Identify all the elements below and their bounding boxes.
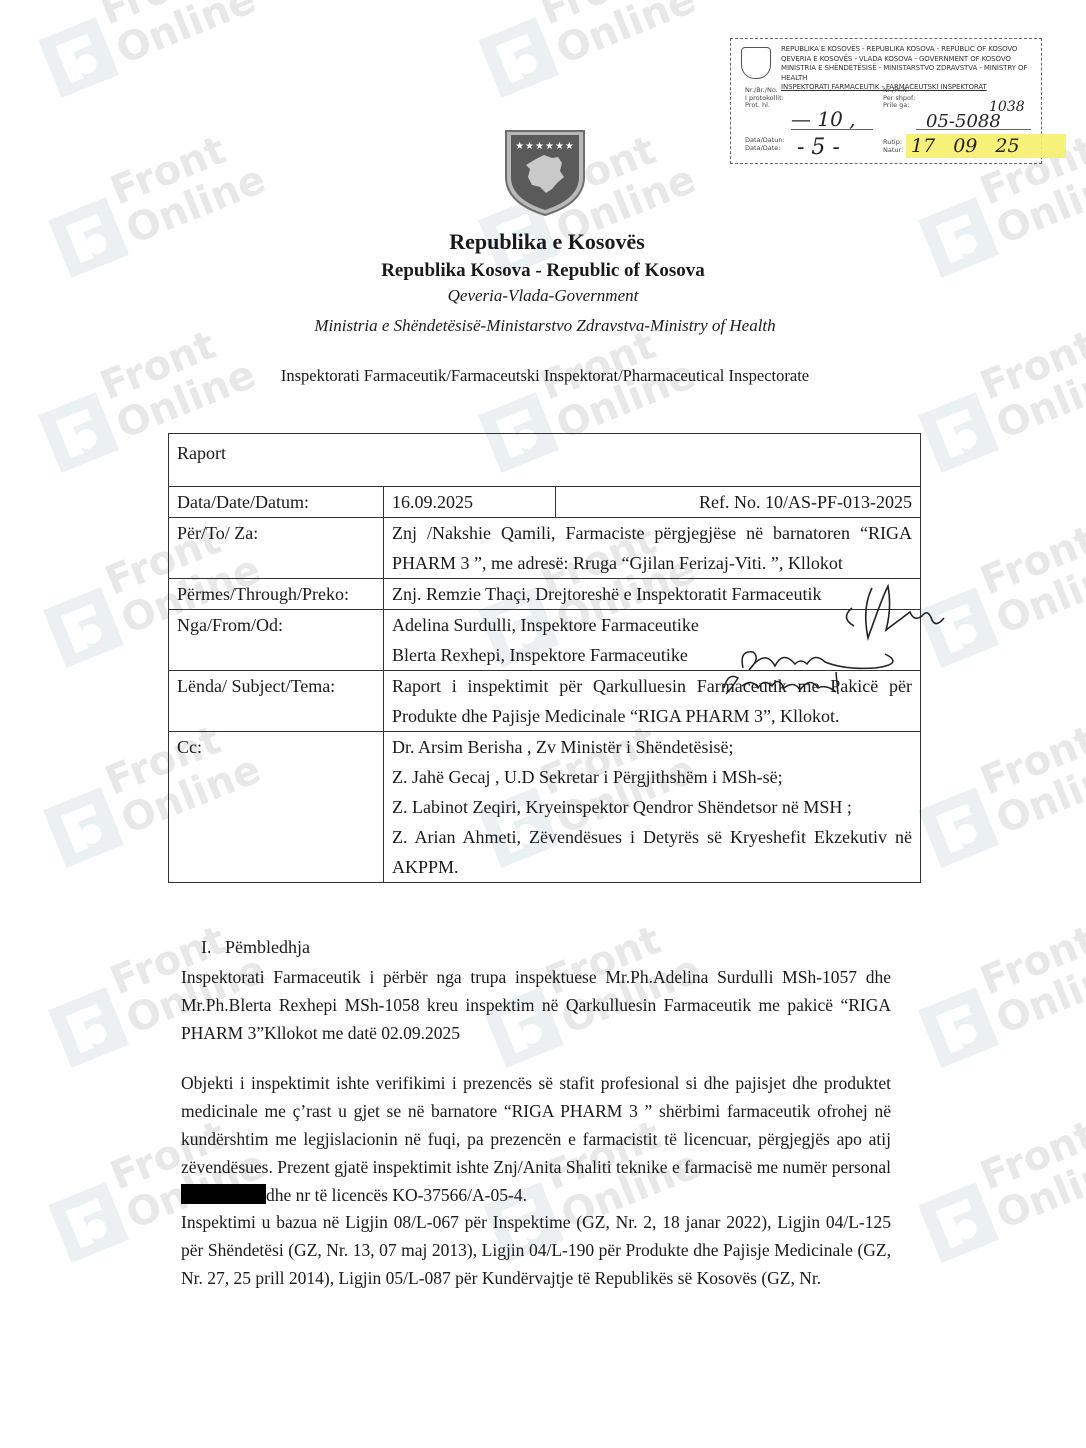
through-label: Përmes/Through/Preko: [169, 579, 384, 610]
registry-stamp: REPUBLIKA E KOSOVËS - REPUBLIKA KOSOVA -… [730, 38, 1042, 164]
date-value: 16.09.2025 [384, 487, 556, 518]
stamp-date-value: - 5 - [797, 135, 840, 160]
summary-paragraph: Inspektorati Farmaceutik i përbër nga tr… [181, 963, 891, 1047]
objective-paragraph: Objekti i inspektimit ishte verifikimi i… [181, 1069, 891, 1209]
cc-recipient: Z. Jahë Gecaj , U.D Sekretar i Përgjiths… [392, 762, 912, 792]
from-label: Nga/From/Od: [169, 610, 384, 671]
country-title: Republika e Kosovës [4, 229, 1086, 255]
date-label: Data/Date/Datum: [169, 487, 384, 518]
inspectorate-title: Inspektorati Farmaceutik/Farmaceutski In… [2, 366, 1086, 386]
stamp-prot-label: Nr./Br./No. I protokollit: Prot. hl. [745, 87, 784, 110]
cc-recipient: Z. Arian Ahmeti, Zëvendësues i Detyrës s… [392, 822, 912, 882]
to-value: Znj /Nakshie Qamili, Farmaciste përgjegj… [384, 518, 921, 579]
redacted-personal-number [181, 1184, 266, 1204]
stamp-date-label: Data/Datun: Data/Date: [745, 137, 785, 152]
cc-list: Dr. Arsim Berisha , Zv Ministër i Shënde… [384, 732, 921, 883]
government-title: Qeveria-Vlada-Government [0, 286, 1086, 306]
stamp-prot-value: — 10 , [791, 107, 856, 131]
stamp-naz-value: 17 09 25 [911, 135, 1020, 157]
ministry-title: Ministria e Shëndetësisë-Ministarstvo Zd… [2, 316, 1086, 336]
country-subtitle: Republika Kosova - Republic of Kosova [0, 260, 1086, 282]
from-inspector: Adelina Surdulli, Inspektore Farmaceutik… [392, 610, 912, 640]
stamp-naz-label: Rutip: Natur: [883, 139, 903, 154]
legal-basis-paragraph: Inspektimi u bazua në Ligjin 08/L-067 pë… [181, 1208, 891, 1292]
report-meta-table: Raport Data/Date/Datum: 16.09.2025 Ref. … [168, 433, 921, 883]
to-label: Për/To/ Za: [169, 518, 384, 579]
ref-number: Ref. No. 10/AS-PF-013-2025 [556, 487, 921, 518]
subject-label: Lënda/ Subject/Tema: [169, 671, 384, 732]
stamp-shpor-label: Nr./Pr.N. Per shpof: Prile ga: [883, 87, 915, 110]
stamp-header: REPUBLIKA E KOSOVËS - REPUBLIKA KOSOVA -… [781, 45, 1041, 93]
subject-value: Raport i inspektimit për Qarkulluesin Fa… [384, 671, 921, 732]
stamp-shpor-value: 05-5088 [926, 111, 1001, 132]
cc-recipient: Dr. Arsim Berisha , Zv Ministër i Shënde… [392, 732, 912, 762]
kosovo-emblem-icon: ★★★★★★ [500, 125, 590, 217]
from-value: Adelina Surdulli, Inspektore Farmaceutik… [384, 610, 921, 671]
report-title: Raport [169, 434, 921, 487]
cc-recipient: Z. Labinot Zeqiri, Kryeinspektor Qendror… [392, 792, 912, 822]
cc-label: Cc: [169, 732, 384, 883]
through-value: Znj. Remzie Thaçi, Drejtoreshë e Inspekt… [384, 579, 921, 610]
crest-icon [741, 47, 771, 79]
from-inspector: Blerta Rexhepi, Inspektore Farmaceutike [392, 640, 912, 670]
svg-text:★★★★★★: ★★★★★★ [515, 141, 575, 152]
section-title: I. Pëmbledhja [201, 937, 310, 958]
